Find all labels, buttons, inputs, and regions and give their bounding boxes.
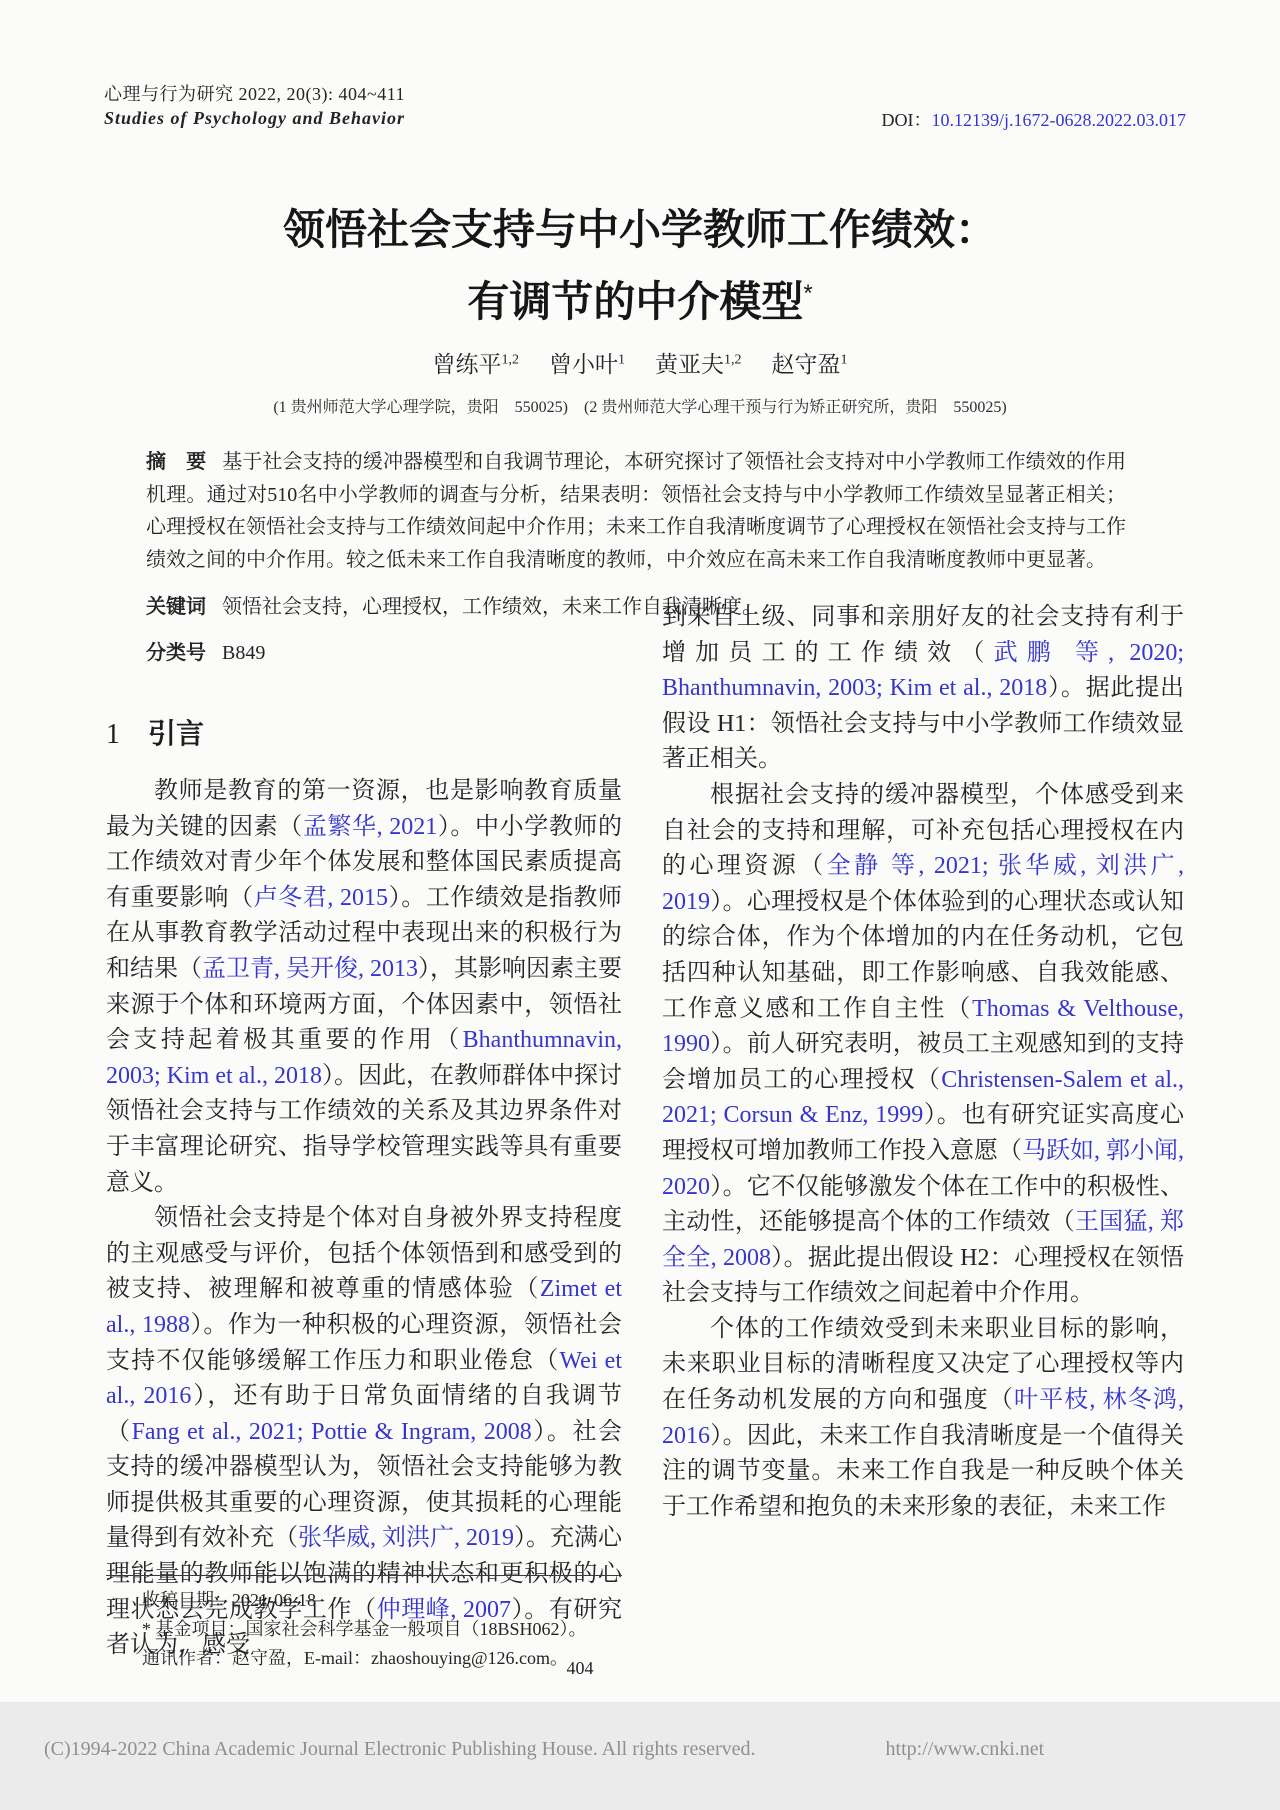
section-number: 1 [106, 719, 120, 750]
citation-link[interactable]: 孟繁华, 2021 [303, 814, 437, 840]
left-column: 1引言 教师是教育的第一资源，也是影响教育质量最为关键的因素（孟繁华, 2021… [106, 712, 622, 1664]
body-paragraph: 教师是教育的第一资源，也是影响教育质量最为关键的因素（孟繁华, 2021）。中小… [106, 774, 622, 1201]
paper-title-line1: 领悟社会支持与中小学教师工作绩效： [283, 206, 997, 253]
copyright-text: (C)1994-2022 China Academic Journal Elec… [44, 1738, 756, 1760]
title-footnote-asterisk: * [803, 280, 812, 307]
citation-link[interactable]: 孟卫青, 吴开俊, 2013 [202, 956, 418, 982]
doi-line: DOI：10.12139/j.1672-0628.2022.03.017 [882, 106, 1187, 132]
authors-line: 曾练平1,2曾小叶1黄亚夫1,2赵守盈1 [0, 346, 1280, 379]
author-name: 曾小叶1 [549, 352, 625, 377]
body-text: ）。因此，未来工作自我清晰度是一个值得关注的调节变量。未来工作自我是一种反映个体… [662, 1423, 1184, 1520]
body-paragraph: 个体的工作绩效受到未来职业目标的影响，未来职业目标的清晰程度又决定了心理授权等内… [662, 1312, 1184, 1526]
journal-info-en: Studies of Psychology and Behavior [104, 108, 405, 129]
footnote-divider [106, 1575, 622, 1576]
abstract-text: 基于社会支持的缓冲器模型和自我调节理论，本研究探讨了领悟社会支持对中小学教师工作… [146, 451, 1126, 571]
right-column: 到来自上级、同事和亲朋好友的社会支持有利于增加员工的工作绩效（武鹏 等, 202… [662, 600, 1184, 1525]
section-title: 引言 [148, 719, 204, 750]
copyright-footer: (C)1994-2022 China Academic Journal Elec… [0, 1702, 1280, 1810]
doi-link[interactable]: 10.12139/j.1672-0628.2022.03.017 [932, 110, 1187, 130]
author-name: 曾练平1,2 [433, 352, 520, 377]
doi-label: DOI： [882, 110, 932, 130]
journal-info-cn: 心理与行为研究 2022, 20(3): 404~411 [104, 80, 405, 106]
section-heading-introduction: 1引言 [106, 712, 622, 752]
abstract-paragraph: 摘 要基于社会支持的缓冲器模型和自我调节理论，本研究探讨了领悟社会支持对中小学教… [146, 446, 1126, 576]
citation-link[interactable]: Fang et al., 2021; Pottie & Ingram, 2008 [132, 1419, 532, 1445]
page-number: 404 [0, 1658, 1160, 1679]
paper-title-line2: 有调节的中介模型 [467, 278, 803, 325]
footnote-received-date: 收稿日期：2021-06-18 [106, 1586, 626, 1615]
body-paragraph: 根据社会支持的缓冲器模型，个体感受到来自社会的支持和理解，可补充包括心理授权在内… [662, 778, 1184, 1312]
author-name: 赵守盈1 [772, 352, 848, 377]
citation-link[interactable]: 卢冬君, 2015 [254, 885, 388, 911]
keywords-label: 关键词 [146, 596, 206, 618]
citation-link[interactable]: 张华威, 刘洪广, 2019 [298, 1525, 514, 1551]
journal-page: 心理与行为研究 2022, 20(3): 404~411 Studies of … [0, 0, 1280, 1810]
classification-label: 分类号 [146, 642, 206, 664]
paper-title: 领悟社会支持与中小学教师工作绩效： 有调节的中介模型* [0, 198, 1280, 334]
left-column-paragraphs: 教师是教育的第一资源，也是影响教育质量最为关键的因素（孟繁华, 2021）。中小… [106, 774, 622, 1664]
classification-value: B849 [222, 642, 265, 664]
cnki-url[interactable]: http://www.cnki.net [886, 1738, 1045, 1760]
author-name: 黄亚夫1,2 [655, 352, 742, 377]
right-column-paragraphs: 到来自上级、同事和亲朋好友的社会支持有利于增加员工的工作绩效（武鹏 等, 202… [662, 600, 1184, 1525]
abstract-label: 摘 要 [146, 451, 206, 473]
footnote-funding: * 基金项目：国家社会科学基金一般项目（18BSH062）。 [106, 1615, 626, 1644]
body-paragraph: 到来自上级、同事和亲朋好友的社会支持有利于增加员工的工作绩效（武鹏 等, 202… [662, 600, 1184, 778]
affiliation-line: (1 贵州师范大学心理学院，贵阳 550025) (2 贵州师范大学心理干预与行… [0, 394, 1280, 417]
